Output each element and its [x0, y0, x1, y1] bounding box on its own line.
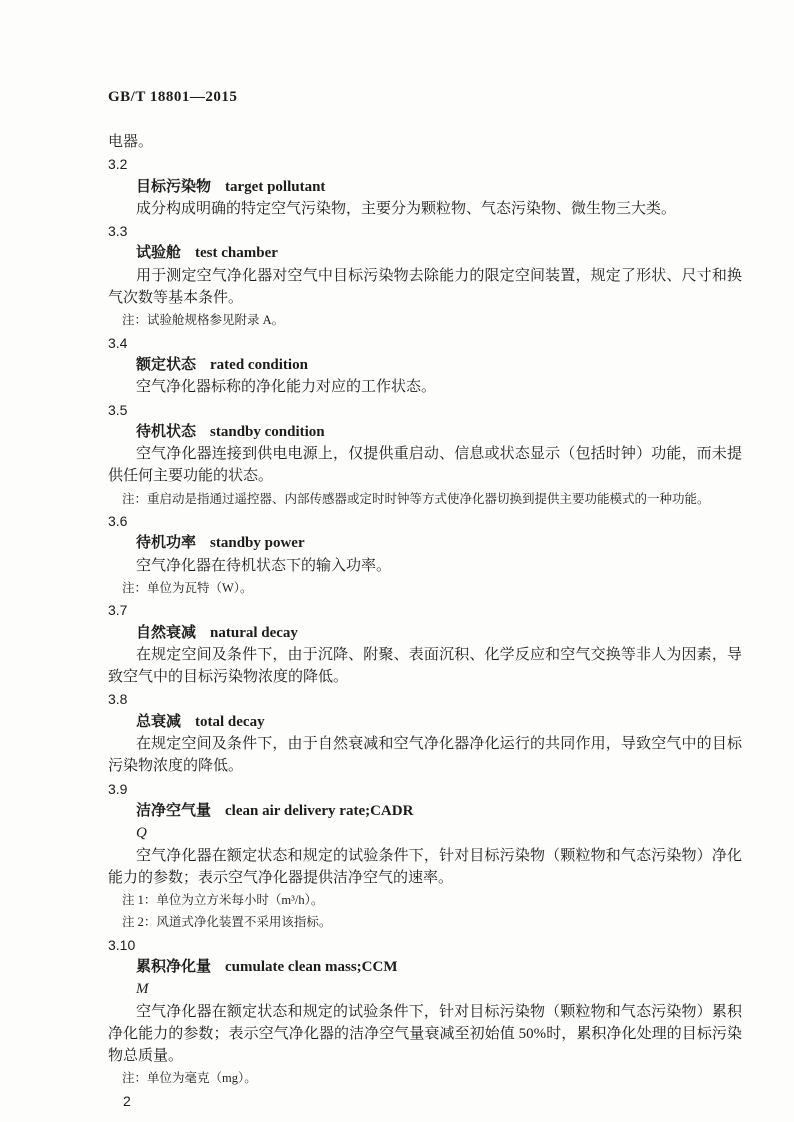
term-line: 试验舱test chamber [108, 242, 742, 264]
section-notes: 注：单位为毫克（mg）。 [108, 1067, 742, 1089]
note-line: 注：试验舱规格参见附录 A。 [122, 309, 742, 331]
definition-paragraphs: 空气净化器在待机状态下的输入功率。 [108, 555, 742, 577]
section-number: 3.3 [108, 220, 742, 242]
term-section: 3.9 洁净空气量clean air delivery rate;CADR Q … [108, 778, 742, 934]
definition-paragraphs: 成分构成明确的特定空气污染物，主要分为颗粒物、气态污染物、微生物三大类。 [108, 198, 742, 220]
term-english: standby power [210, 535, 305, 551]
term-line: 待机功率standby power [108, 532, 742, 554]
definition-paragraph: 空气净化器连接到供电电源上，仅提供重启动、信息或状态显示（包括时钟）功能，而未提… [108, 443, 742, 488]
term-english: clean air delivery rate;CADR [225, 803, 413, 819]
term-chinese: 自然衰减 [136, 625, 196, 641]
term-section: 3.3 试验舱test chamber 用于测定空气净化器对空气中目标污染物去除… [108, 220, 742, 331]
section-number: 3.7 [108, 599, 742, 621]
term-english: standby condition [210, 424, 325, 440]
section-number: 3.2 [108, 153, 742, 175]
term-line: 目标污染物target pollutant [108, 176, 742, 198]
term-english: cumulate clean mass;CCM [225, 959, 397, 975]
note-line: 注 1：单位为立方米每小时（m³/h）。 [122, 889, 742, 911]
section-notes: 注：试验舱规格参见附录 A。 [108, 309, 742, 331]
term-line: 待机状态standby condition [108, 421, 742, 443]
definition-paragraph: 空气净化器在待机状态下的输入功率。 [108, 555, 742, 577]
term-line: 累积净化量cumulate clean mass;CCM [108, 956, 742, 978]
term-chinese: 目标污染物 [136, 179, 211, 195]
section-notes: 注：重启动是指通过遥控器、内部传感器或定时时钟等方式使净化器切换到提供主要功能模… [108, 488, 742, 510]
section-number: 3.4 [108, 332, 742, 354]
term-section: 3.7 自然衰减natural decay 在规定空间及条件下，由于沉降、附聚、… [108, 599, 742, 688]
definition-paragraphs: 用于测定空气净化器对空气中目标污染物去除能力的限定空间装置，规定了形状、尺寸和换… [108, 265, 742, 310]
term-english: total decay [195, 714, 265, 730]
note-line: 注：单位为毫克（mg）。 [122, 1067, 742, 1089]
term-english: test chamber [195, 245, 278, 261]
section-notes: 注：单位为瓦特（W）。 [108, 577, 742, 599]
definition-paragraph: 空气净化器在额定状态和规定的试验条件下，针对目标污染物（颗粒物和气态污染物）净化… [108, 845, 742, 890]
definition-paragraphs: 在规定空间及条件下，由于沉降、附聚、表面沉积、化学反应和空气交换等非人为因素，导… [108, 644, 742, 689]
term-line: 自然衰减natural decay [108, 622, 742, 644]
term-symbol: M [108, 978, 742, 1000]
term-chinese: 总衰减 [136, 714, 181, 730]
definition-paragraph: 在规定空间及条件下，由于沉降、附聚、表面沉积、化学反应和空气交换等非人为因素，导… [108, 644, 742, 689]
term-section: 3.4 额定状态rated condition 空气净化器标称的净化能力对应的工… [108, 332, 742, 399]
term-chinese: 累积净化量 [136, 959, 211, 975]
page-content: 电器。 3.2 目标污染物target pollutant 成分构成明确的特定空… [108, 131, 742, 1112]
note-line: 注 2：风道式净化装置不采用该指标。 [122, 911, 742, 933]
term-chinese: 额定状态 [136, 357, 196, 373]
term-section: 3.5 待机状态standby condition 空气净化器连接到供电电源上，… [108, 399, 742, 510]
section-number: 3.8 [108, 688, 742, 710]
sections: 3.2 目标污染物target pollutant 成分构成明确的特定空气污染物… [108, 153, 742, 1089]
section-number: 3.10 [108, 934, 742, 956]
term-english: rated condition [210, 357, 308, 373]
term-section: 3.6 待机功率standby power 空气净化器在待机状态下的输入功率。 … [108, 510, 742, 599]
section-notes: 注 1：单位为立方米每小时（m³/h）。注 2：风道式净化装置不采用该指标。 [108, 889, 742, 934]
term-section: 3.10 累积净化量cumulate clean mass;CCM M 空气净化… [108, 934, 742, 1090]
section-number: 3.6 [108, 510, 742, 532]
definition-paragraph: 在规定空间及条件下，由于自然衰减和空气净化器净化运行的共同作用，导致空气中的目标… [108, 733, 742, 778]
term-chinese: 待机状态 [136, 424, 196, 440]
section-number: 3.9 [108, 778, 742, 800]
term-chinese: 试验舱 [136, 245, 181, 261]
term-section: 3.2 目标污染物target pollutant 成分构成明确的特定空气污染物… [108, 153, 742, 220]
term-symbol: Q [108, 822, 742, 844]
note-line: 注：单位为瓦特（W）。 [122, 577, 742, 599]
page-number: 2 [123, 1090, 742, 1112]
definition-paragraph: 空气净化器标称的净化能力对应的工作状态。 [108, 376, 742, 398]
section-number: 3.5 [108, 399, 742, 421]
term-line: 额定状态rated condition [108, 354, 742, 376]
leading-paragraph: 电器。 [108, 131, 742, 153]
term-chinese: 洁净空气量 [136, 803, 211, 819]
term-line: 洁净空气量clean air delivery rate;CADR [108, 800, 742, 822]
definition-paragraph: 成分构成明确的特定空气污染物，主要分为颗粒物、气态污染物、微生物三大类。 [108, 198, 742, 220]
definition-paragraphs: 空气净化器在额定状态和规定的试验条件下，针对目标污染物（颗粒物和气态污染物）净化… [108, 845, 742, 890]
term-english: natural decay [210, 625, 298, 641]
note-line: 注：重启动是指通过遥控器、内部传感器或定时时钟等方式使净化器切换到提供主要功能模… [122, 488, 742, 510]
definition-paragraphs: 空气净化器连接到供电电源上，仅提供重启动、信息或状态显示（包括时钟）功能，而未提… [108, 443, 742, 488]
definition-paragraphs: 空气净化器标称的净化能力对应的工作状态。 [108, 376, 742, 398]
definition-paragraphs: 在规定空间及条件下，由于自然衰减和空气净化器净化运行的共同作用，导致空气中的目标… [108, 733, 742, 778]
term-line: 总衰减total decay [108, 711, 742, 733]
definition-paragraphs: 空气净化器在额定状态和规定的试验条件下，针对目标污染物（颗粒物和气态污染物）累积… [108, 1001, 742, 1068]
definition-paragraph: 用于测定空气净化器对空气中目标污染物去除能力的限定空间装置，规定了形状、尺寸和换… [108, 265, 742, 310]
document-code-header: GB/T 18801—2015 [108, 86, 742, 108]
term-section: 3.8 总衰减total decay 在规定空间及条件下，由于自然衰减和空气净化… [108, 688, 742, 777]
document-page: GB/T 18801—2015 电器。 3.2 目标污染物target poll… [0, 0, 794, 1122]
term-english: target pollutant [225, 179, 325, 195]
term-chinese: 待机功率 [136, 535, 196, 551]
definition-paragraph: 空气净化器在额定状态和规定的试验条件下，针对目标污染物（颗粒物和气态污染物）累积… [108, 1001, 742, 1068]
